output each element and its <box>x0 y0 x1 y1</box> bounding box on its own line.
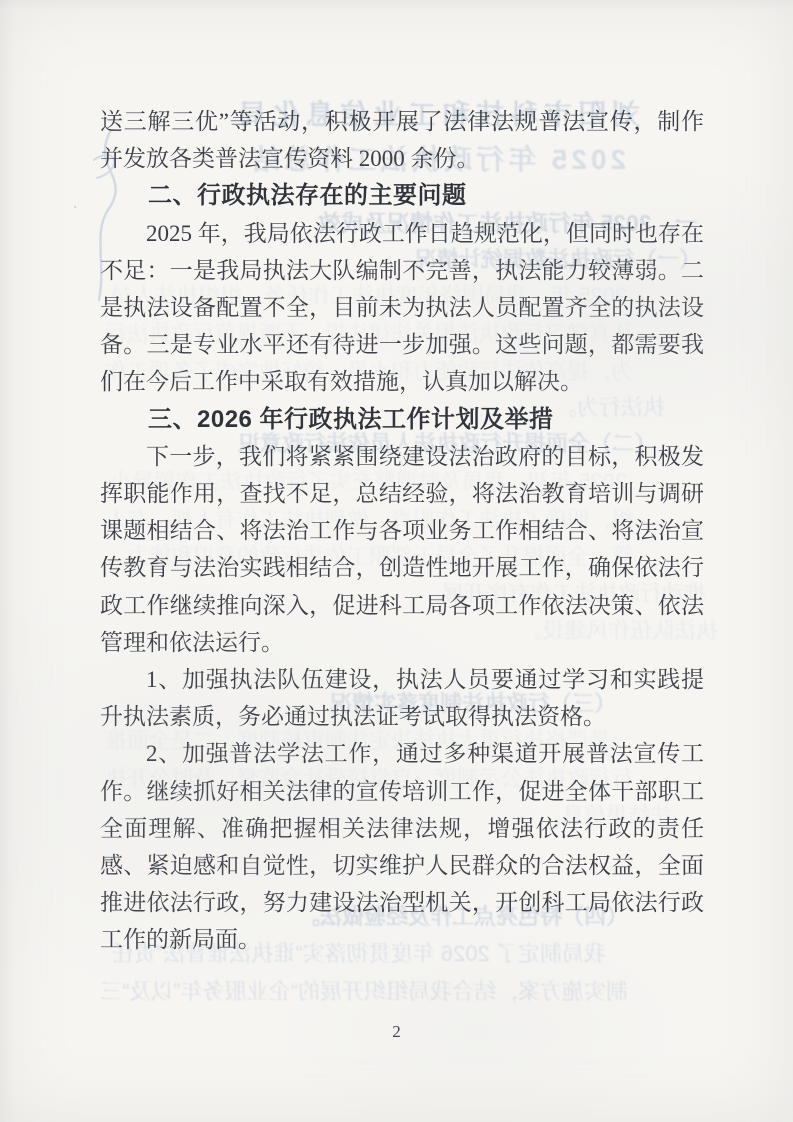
paragraph: 2025 年，我局依法行政工作日趋规范化，但同时也存在不足：一是我局执法大队编制… <box>100 215 704 401</box>
paragraph: 2、加强普法学法工作，通过多种渠道开展普法宣传工作。继续抓好相关法律的宣传培训工… <box>100 735 704 958</box>
document-page: 刘阳市科技和工业信息化局2025 年行政执法工作总结一、2025 年行政执法工作… <box>0 0 793 1122</box>
bleedthrough-line: 制实施方案，结合我局组织开展的“企业服务年”以及“三 <box>100 978 628 1006</box>
scan-speck <box>187 744 190 747</box>
document-body: 送三解三优”等活动，积极开展了法律法规普法宣传，制作并发放各类普法宣传资料 20… <box>100 103 704 959</box>
section-heading: 三、2026 年行政执法工作计划及举措 <box>100 401 704 438</box>
paragraph: 送三解三优”等活动，积极开展了法律法规普法宣传，制作并发放各类普法宣传资料 20… <box>100 103 704 177</box>
paragraph: 1、加强执法队伍建设，执法人员要通过学习和实践提升执法素质，务必通过执法证考试取… <box>100 661 704 735</box>
scan-speck <box>74 206 76 208</box>
page-number: 2 <box>0 1022 793 1042</box>
paragraph: 下一步，我们将紧紧围绕建设法治政府的目标，积极发挥职能作用，查找不足，总结经验，… <box>100 438 704 661</box>
section-heading: 二、行政执法存在的主要问题 <box>100 177 704 214</box>
